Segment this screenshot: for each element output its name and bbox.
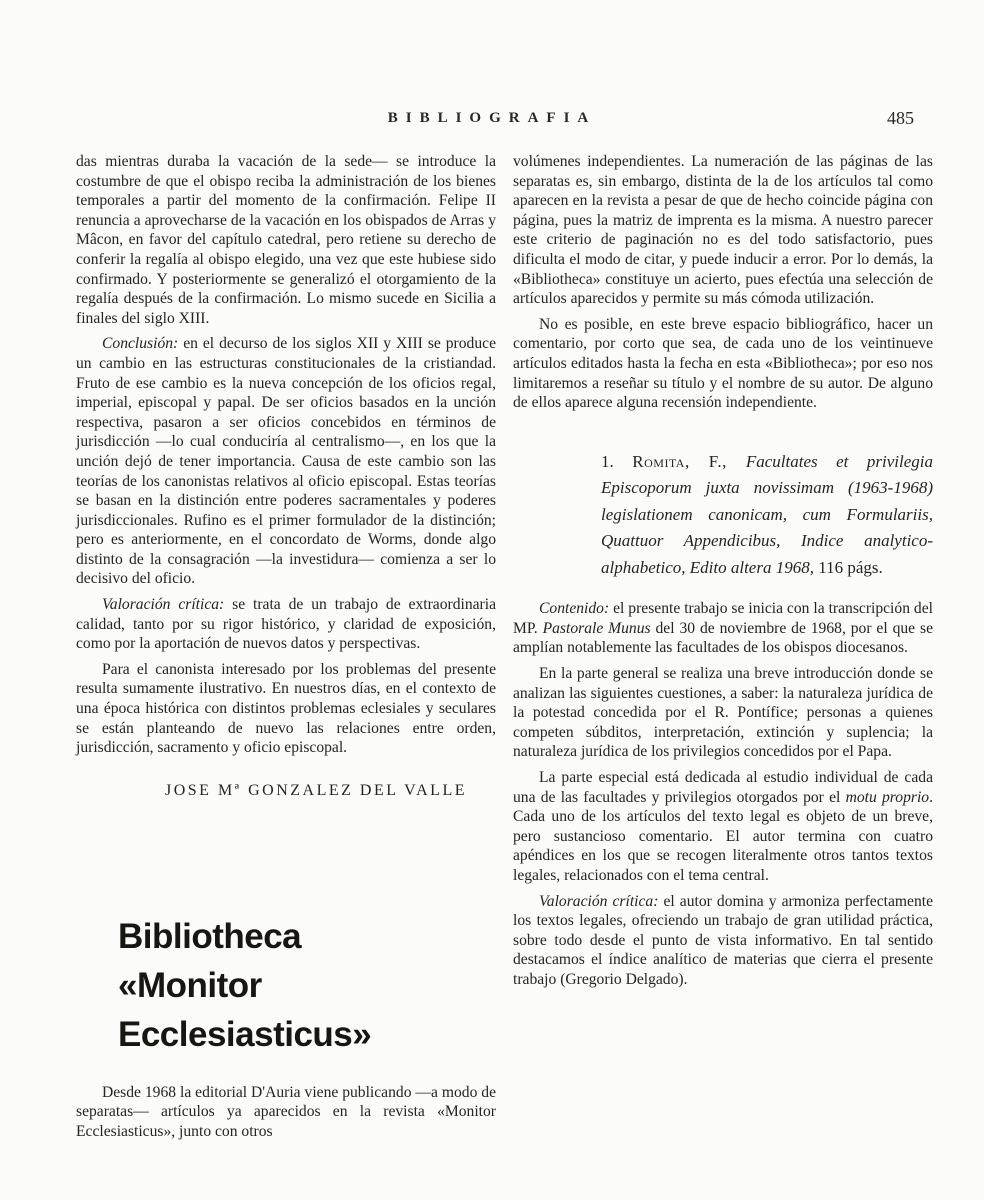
paragraph-text: No es posible, en este breve espacio bib…: [513, 316, 933, 411]
left-column: das mientras duraba la vacación de la se…: [76, 152, 496, 1148]
entry-author: Romita, F.,: [632, 452, 746, 471]
paragraph-critical-review: Valoración crítica: el autor domina y ar…: [513, 892, 933, 990]
page-number: 485: [887, 108, 914, 129]
paragraph-text: Para el canonista interesado por los pro…: [76, 661, 496, 756]
paragraph-lead: Contenido:: [539, 600, 613, 617]
paragraph-critical-review: Valoración crítica: se trata de un traba…: [76, 595, 496, 654]
section-heading-line2: «Monitor Ecclesiasticus»: [118, 961, 496, 1059]
paragraph-lead: Valoración crítica:: [102, 596, 232, 613]
paragraph-emphasis: motu proprio: [846, 789, 930, 806]
running-title: BIBLIOGRAFIA: [0, 110, 984, 127]
paragraph-lead: Conclusión:: [102, 335, 183, 352]
paragraph-continuation: das mientras duraba la vacación de la se…: [76, 152, 496, 328]
paragraph-emphasis: Pastorale Munus: [543, 620, 651, 637]
paragraph: En la parte general se realiza una breve…: [513, 664, 933, 762]
section-heading-line1: Bibliotheca: [118, 912, 496, 961]
running-head: BIBLIOGRAFIA 485: [0, 110, 984, 134]
paragraph: No es posible, en este breve espacio bib…: [513, 315, 933, 413]
paragraph-text: das mientras duraba la vacación de la se…: [76, 153, 496, 327]
paragraph-text: en el decurso de los siglos XII y XIII s…: [76, 335, 496, 587]
paragraph: La parte especial está dedicada al estud…: [513, 768, 933, 886]
paragraph-conclusion: Conclusión: en el decurso de los siglos …: [76, 334, 496, 589]
paragraph-text: En la parte general se realiza una breve…: [513, 665, 933, 760]
right-column: volúmenes independientes. La numeración …: [513, 152, 933, 1148]
entry-pages: 116 págs.: [818, 558, 883, 577]
section-heading: Bibliotheca «Monitor Ecclesiasticus»: [76, 912, 496, 1059]
paragraph-lead: Valoración crítica:: [539, 893, 663, 910]
paragraph-text: volúmenes independientes. La numeración …: [513, 153, 933, 307]
paragraph-contents: Contenido: el presente trabajo se inicia…: [513, 599, 933, 658]
paragraph-text: Desde 1968 la editorial D'Auria viene pu…: [76, 1084, 496, 1140]
bibliography-entry: 1. Romita, F., Facultates et privilegia …: [601, 449, 933, 582]
scanned-journal-page: BIBLIOGRAFIA 485 das mientras duraba la …: [0, 0, 984, 1200]
paragraph-section-intro: Desde 1968 la editorial D'Auria viene pu…: [76, 1083, 496, 1142]
entry-number: 1.: [601, 452, 632, 471]
author-signature: JOSE Mª GONZALEZ DEL VALLE: [76, 782, 496, 800]
paragraph-continuation: volúmenes independientes. La numeración …: [513, 152, 933, 309]
two-column-layout: das mientras duraba la vacación de la se…: [76, 152, 933, 1148]
paragraph: Para el canonista interesado por los pro…: [76, 660, 496, 758]
